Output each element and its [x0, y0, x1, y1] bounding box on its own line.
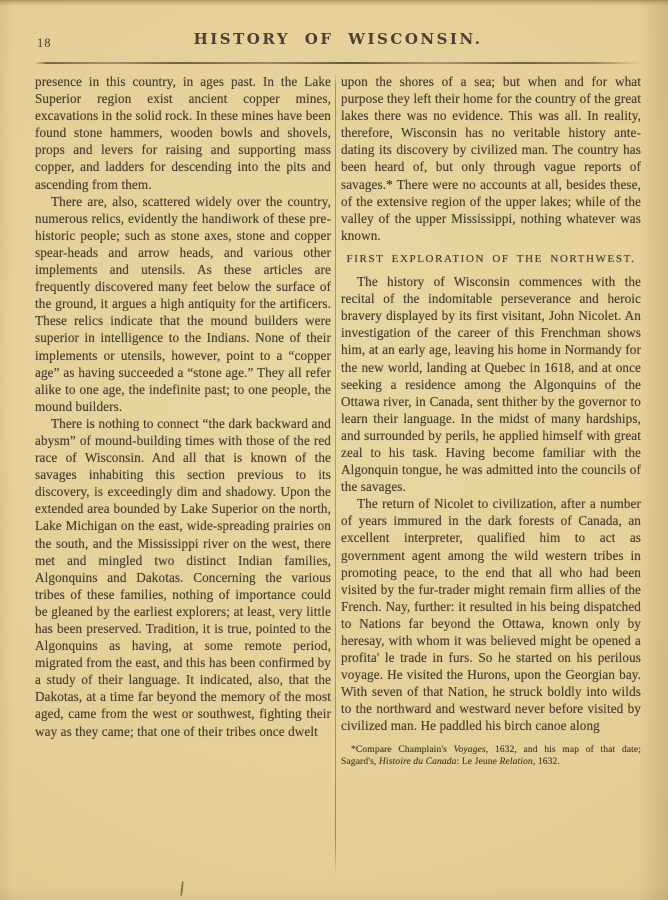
book-page: 18 HISTORY OF WISCONSIN. presence in thi… — [0, 0, 668, 900]
page-title: HISTORY OF WISCONSIN. — [35, 30, 641, 48]
paragraph: There is nothing to connect “the dark ba… — [35, 415, 331, 740]
footnote-segment: Relation — [500, 756, 533, 767]
paragraph: The return of Nicolet to civilization, a… — [341, 495, 641, 734]
page-body: presence in this country, in ages past. … — [35, 73, 641, 900]
paragraph: There are, also, scattered widely over t… — [35, 193, 331, 415]
footnote-segment: : Le Jeune — [457, 756, 500, 767]
footnote: *Compare Champlain's Voyages, 1632, and … — [341, 744, 641, 769]
paragraph: upon the shores of a sea; but when and f… — [341, 73, 641, 244]
right-column: upon the shores of a sea; but when and f… — [341, 73, 641, 900]
page-number: 18 — [37, 36, 52, 51]
page-header: 18 HISTORY OF WISCONSIN. — [35, 30, 641, 54]
footnote-segment: Voyages — [454, 744, 486, 755]
paragraph: The history of Wisconsin commences with … — [341, 273, 641, 495]
footnote-segment: *Compare Champlain's — [351, 744, 454, 755]
section-heading: FIRST EXPLORATION OF THE NORTHWEST. — [341, 251, 641, 268]
footnote-segment: Histoire du Canada — [379, 756, 457, 767]
right-column-text: upon the shores of a sea; but when and f… — [341, 73, 641, 735]
paragraph: presence in this country, in ages past. … — [35, 73, 331, 193]
left-column: presence in this country, in ages past. … — [35, 73, 331, 900]
column-divider — [335, 73, 336, 900]
header-rule — [35, 62, 641, 64]
footnote-segment: , 1632. — [533, 756, 560, 767]
